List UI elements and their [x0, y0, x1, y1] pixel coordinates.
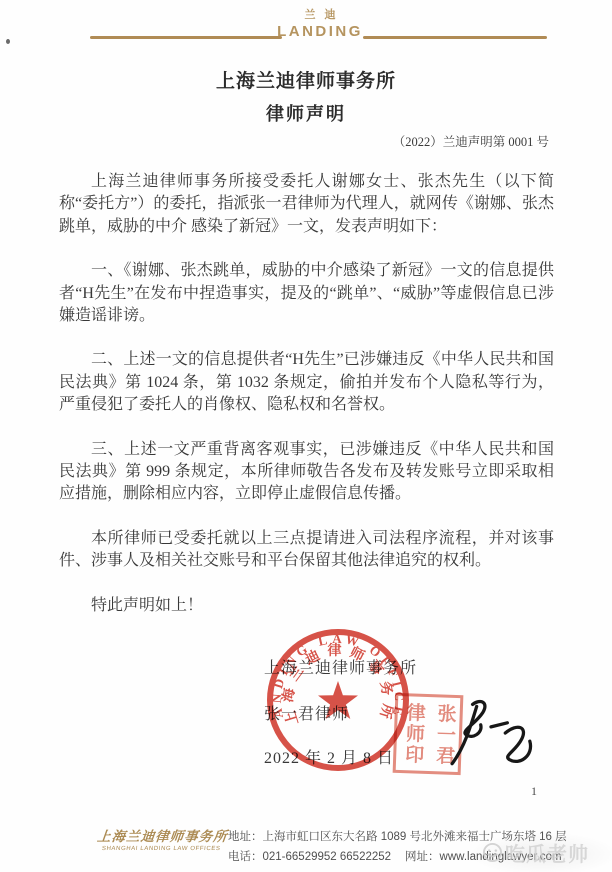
- scan-speck: [6, 39, 10, 44]
- closing-line: 特此声明如上！: [59, 595, 554, 617]
- signature-lawyer-name: 张一君律师: [264, 701, 349, 724]
- firm-logo: 兰迪 LANDING: [262, 6, 378, 40]
- watermark: 吃瓜老帅: [482, 838, 589, 867]
- handwritten-signature: [446, 696, 538, 768]
- signature-date: 2022 年 2 月 8 日: [264, 745, 394, 768]
- document-page: 兰迪 LANDING 上海兰迪律师事务所 律师声明 （2022）兰迪声明第 00…: [0, 0, 612, 872]
- firm-logo-cn: 兰迪: [262, 6, 378, 22]
- intro-paragraph: 上海兰迪律师事务所接受委托人谢娜女士、张杰先生（以下简称“委托方”）的委托，指派…: [59, 171, 554, 238]
- point-1-paragraph: 一、《谢娜、张杰跳单，威胁的中介感染了新冠》一文的信息提供者“H先生”在发布中捏…: [59, 260, 554, 327]
- document-title: 上海兰迪律师事务所: [0, 66, 612, 93]
- point-3-paragraph: 三、上述一文严重背离客观事实，已涉嫌违反《中华人民共和国民法典》第 999 条规…: [59, 439, 554, 506]
- firm-logo-en: LANDING: [262, 23, 378, 40]
- phone-label: 电话：: [228, 851, 263, 863]
- document-subtitle: 律师声明: [0, 100, 612, 126]
- statement-body: 上海兰迪律师事务所接受委托人谢娜女士、张杰先生（以下简称“委托方”）的委托，指派…: [59, 171, 554, 639]
- watermark-handle: 吃瓜老帅: [505, 838, 589, 867]
- footer-logo-cn: 上海兰迪律师事务所: [96, 825, 229, 845]
- watermark-emoji-icon: [482, 842, 503, 863]
- header-rule-right: [363, 36, 547, 39]
- phone-value: 021-66529952 66522252: [263, 851, 392, 863]
- signature-firm-name: 上海兰迪律师事务所: [264, 655, 417, 678]
- reservation-paragraph: 本所律师已受委托就以上三点提请进入司法程序流程，并对该事件、涉事人及相关社交账号…: [59, 528, 554, 573]
- website-label: 网址：: [405, 851, 440, 863]
- page-number: 1: [531, 784, 537, 799]
- footer-logo-en: SHANGHAI LANDING LAW OFFICES: [96, 846, 227, 852]
- footer-logo: 上海兰迪律师事务所 SHANGHAI LANDING LAW OFFICES: [96, 825, 229, 852]
- point-2-paragraph: 二、上述一文的信息提供者“H先生”已涉嫌违反《中华人民共和国民法典》第 1024…: [59, 349, 554, 416]
- seal-left-column: 律师印: [401, 702, 424, 766]
- address-label: 地址：: [228, 831, 263, 843]
- header-rule-left: [90, 36, 282, 39]
- document-number: （2022）兰迪声明第 0001 号: [393, 132, 549, 150]
